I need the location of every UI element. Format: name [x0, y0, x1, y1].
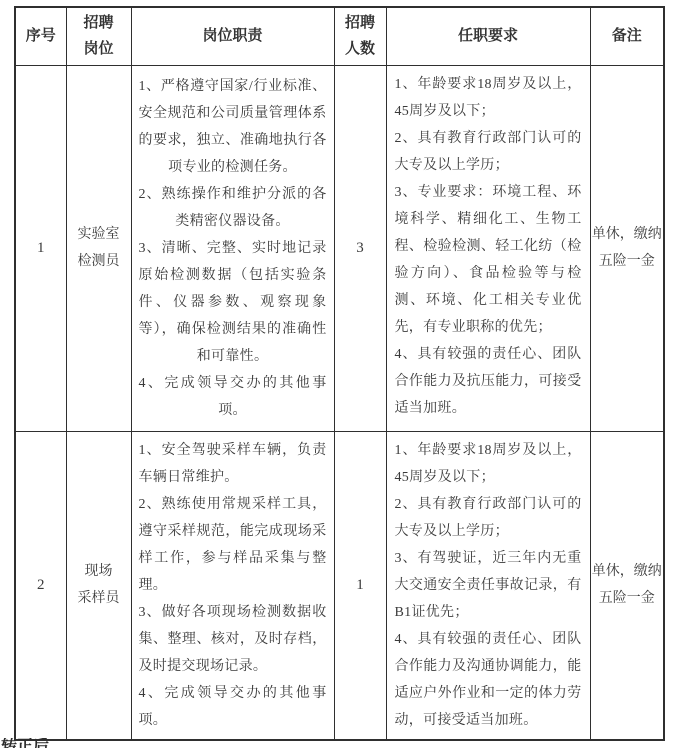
requirement-item: 4、具有较强的责任心、团队合作能力及抗压能力，可接受适当加班。 [395, 341, 582, 422]
duty-item: 4、完成领导交办的其他事项。 [139, 680, 327, 734]
header-headcount: 招聘 人数 [334, 7, 386, 65]
header-note: 备注 [590, 7, 664, 65]
row2-position: 现场 采样员 [66, 431, 131, 740]
header-seq-no: 序号 [15, 7, 66, 65]
header-position: 招聘 岗位 [66, 7, 131, 65]
row1-requirements-cell: 1、年龄要求18周岁及以上，45周岁及以下； 2、具有教育行政部门认可的大专及以… [386, 65, 590, 431]
requirement-item: 3、有驾驶证，近三年内无重大交通安全责任事故记录，有B1证优先； [395, 545, 582, 626]
row2-duties-cell: 1、安全驾驶采样车辆，负责车辆日常维护。 2、熟练使用常规采样工具，遵守采样规范… [131, 431, 334, 740]
duty-item: 1、严格遵守国家/行业标准、安全规范和公司质量管理体系的要求，独立、准确地执行各… [139, 73, 327, 181]
header-duties: 岗位职责 [131, 7, 334, 65]
row1-position: 实验室 检测员 [66, 65, 131, 431]
requirement-item: 4、具有较强的责任心、团队合作能力及沟通协调能力，能适应户外作业和一定的体力劳动… [395, 626, 582, 734]
duty-item: 4、完成领导交办的其他事项。 [139, 370, 327, 424]
table-row-2: 2 现场 采样员 1、安全驾驶采样车辆，负责车辆日常维护。 2、熟练使用常规采样… [15, 431, 664, 740]
row1-duties-cell: 1、严格遵守国家/行业标准、安全规范和公司质量管理体系的要求，独立、准确地执行各… [131, 65, 334, 431]
duty-item: 3、做好各项现场检测数据收集、整理、核对，及时存档，及时提交现场记录。 [139, 599, 327, 680]
duty-item: 2、熟练使用常规采样工具，遵守采样规范，能完成现场采样工作，参与样品采集与整理。 [139, 491, 327, 599]
row2-seq-no: 2 [15, 431, 66, 740]
duty-item: 2、熟练操作和维护分派的各类精密仪器设备。 [139, 181, 327, 235]
bottom-clipped-text: 转正后 [1, 738, 121, 748]
row2-headcount: 1 [334, 431, 386, 740]
row1-headcount: 3 [334, 65, 386, 431]
row2-note: 单休，缴纳 五险一金 [590, 431, 664, 740]
row1-seq-no: 1 [15, 65, 66, 431]
requirement-item: 2、具有教育行政部门认可的大专及以上学历； [395, 125, 582, 179]
duty-item: 3、清晰、完整、实时地记录原始检测数据（包括实验条件、仪器参数、观察现象等），确… [139, 235, 327, 370]
requirement-item: 3、专业要求：环境工程、环境科学、精细化工、生物工程、检验检测、轻工化纺（检验方… [395, 179, 582, 341]
duty-item: 1、安全驾驶采样车辆，负责车辆日常维护。 [139, 437, 327, 491]
recruitment-table: 序号 招聘 岗位 岗位职责 招聘 人数 任职要求 备注 1 实验室 检测员 1、… [14, 6, 665, 741]
requirement-item: 1、年龄要求18周岁及以上，45周岁及以下； [395, 437, 582, 491]
row1-note: 单休，缴纳 五险一金 [590, 65, 664, 431]
row2-requirements-cell: 1、年龄要求18周岁及以上，45周岁及以下； 2、具有教育行政部门认可的大专及以… [386, 431, 590, 740]
requirement-item: 2、具有教育行政部门认可的大专及以上学历； [395, 491, 582, 545]
table-row-1: 1 实验室 检测员 1、严格遵守国家/行业标准、安全规范和公司质量管理体系的要求… [15, 65, 664, 431]
header-requirements: 任职要求 [386, 7, 590, 65]
table-header-row: 序号 招聘 岗位 岗位职责 招聘 人数 任职要求 备注 [15, 7, 664, 65]
requirement-item: 1、年龄要求18周岁及以上，45周岁及以下； [395, 71, 582, 125]
